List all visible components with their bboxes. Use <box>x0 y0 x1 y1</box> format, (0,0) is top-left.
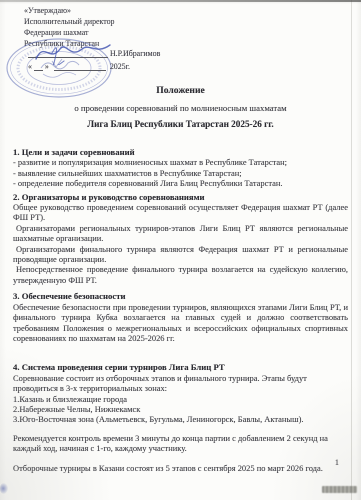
zone-item: 3.Юго-Восточная зона (Альметьевск, Бугул… <box>13 414 348 424</box>
section-2-paragraph: Организаторами финального турнира являют… <box>13 244 348 265</box>
section-4-heading: 4. Система проведения серии турниров Лиг… <box>13 362 348 372</box>
section-3-heading: 3. Обеспечение безопасности <box>13 291 348 301</box>
zone-item: 1.Казань и близлежащие города <box>13 394 348 404</box>
title-subtitle: о проведении соревнований по молниеносны… <box>13 103 348 113</box>
scanned-document-page: «Утверждаю» Исполнительный директор Феде… <box>0 0 361 500</box>
approval-line: «Утверждаю» <box>24 6 115 17</box>
scan-edge-artifact <box>0 0 361 2</box>
approval-line: Исполнительный директор <box>24 17 115 28</box>
time-control-paragraph: Рекомендуется контроль времени 3 минуты … <box>13 433 348 454</box>
scanner-watermark <box>322 486 357 493</box>
kazan-schedule-paragraph: Отборочные турниры в Казани состоят из 5… <box>13 463 348 473</box>
handwritten-signature-icon <box>30 37 130 65</box>
section-1-heading: 1. Цели и задачи соревнований <box>13 147 348 157</box>
page-number: 1 <box>335 458 339 467</box>
section-2-paragraph: Непосредственное проведение финального т… <box>13 264 348 285</box>
section-2-paragraph: Общее руководство проведением соревнован… <box>13 202 348 223</box>
section-1-item: - развитие и популяризация молниеносных … <box>13 157 348 167</box>
blue-pen-mark <box>0 483 8 494</box>
zone-item: 2.Набережные Челны, Нижнекамск <box>13 404 348 414</box>
document-body: 1. Цели и задачи соревнований - развитие… <box>13 147 348 473</box>
section-4-intro: Соревнование состоит из отборочных этапо… <box>13 373 348 394</box>
title-league: Лига Блиц Республики Татарстан 2025-26 г… <box>13 119 348 129</box>
paper-crease <box>351 0 352 500</box>
section-3-paragraph: Обеспечение безопасности при проведении … <box>13 302 348 344</box>
section-2-heading: 2. Организаторы и руководство соревнован… <box>13 192 348 202</box>
section-1-item: - выявление сильнейших шахматистов в Рес… <box>13 168 348 178</box>
section-2-paragraph: Организаторами региональных турниров-эта… <box>13 223 348 244</box>
section-1-item: - определение победителя соревнований Ли… <box>13 178 348 188</box>
